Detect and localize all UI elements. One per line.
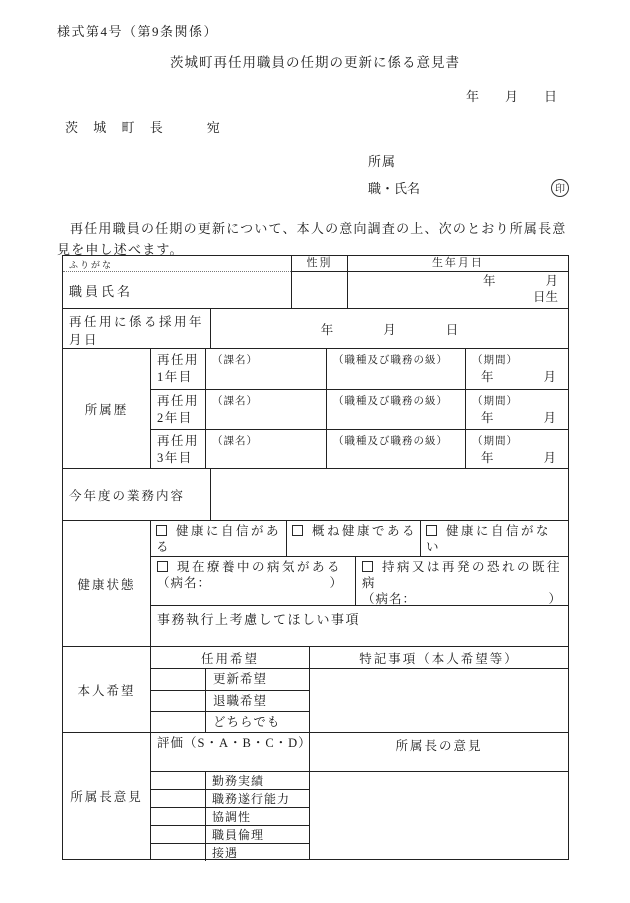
name-seal-row: 職・氏名 印: [368, 178, 569, 197]
wish-select-cell-retire[interactable]: [151, 691, 206, 711]
health-options-row1: 健康に自信がある 概ね健康である 健康に自信がない: [151, 521, 568, 556]
supervisor-section: 所属長意見 評価（S・A・B・C・D） 所属長の意見 勤務実績 職務遂行能力: [63, 732, 568, 859]
staff-name-cell[interactable]: ふりがな 職員氏名: [63, 256, 292, 308]
furigana-label: ふりがな: [63, 256, 291, 272]
rating-item-label: 接遇: [206, 844, 309, 861]
history-division-cell[interactable]: （課名）: [206, 430, 327, 469]
history-term-cell: 再任用 2年目: [151, 390, 206, 429]
addressee-line: 茨 城 町 長宛: [65, 117, 220, 136]
form-table: ふりがな 職員氏名 性別 生年月日 年 月 日生 再任用に係る採用年月日 年 月…: [62, 255, 569, 860]
rating-item-label: 勤務実績: [206, 772, 309, 789]
wish-select-cell-renew[interactable]: [151, 669, 206, 690]
history-period-cell[interactable]: （期間） 年 月: [466, 430, 568, 469]
disease-name-close: ）: [329, 575, 343, 591]
wish-option-label: 退職希望: [206, 691, 309, 711]
birthdate-line1: 年 月: [348, 273, 558, 289]
history-period-cell[interactable]: （期間） 年 月: [466, 349, 568, 389]
rating-row-reception: 接遇: [151, 843, 309, 861]
gender-input-cell[interactable]: [292, 272, 347, 308]
staff-info-row: ふりがな 職員氏名 性別 生年月日 年 月 日生: [63, 256, 568, 308]
hire-date-label: 再任用に係る採用年月日: [63, 309, 211, 348]
health-note-input-cell[interactable]: 事務執行上考慮してほしい事項: [151, 606, 568, 646]
health-note-row: 事務執行上考慮してほしい事項: [151, 605, 568, 646]
wish-row-renew: 更新希望: [151, 669, 309, 690]
affiliation-history-section: 所属歴 再任用 1年目 （課名） （職種及び職務の級） （期間） 年 月: [63, 348, 568, 468]
supervisor-opinion-input-cell[interactable]: [310, 772, 568, 859]
seal-icon: 印: [551, 179, 569, 197]
gender-cell: 性別: [292, 256, 348, 308]
affiliation-label[interactable]: 所属: [368, 151, 396, 170]
rating-item-label: 職務遂行能力: [206, 790, 309, 807]
birthdate-line2: 日生: [348, 289, 558, 305]
supervisor-opinion-header: 所属長の意見: [310, 733, 568, 771]
affiliation-history-label: 所属歴: [63, 349, 151, 468]
special-notes-input-cell[interactable]: [310, 669, 568, 732]
rating-input-cell-ability[interactable]: [151, 790, 206, 807]
addressee-name: 茨 城 町 長: [65, 120, 169, 135]
health-option-under-treatment: 現在療養中の病気がある （病名： ）: [151, 557, 356, 605]
health-section: 健康状態 健康に自信がある 概ね健康である 健康に自信がない 現在療養中の病気が…: [63, 520, 568, 646]
history-division-cell[interactable]: （課名）: [206, 390, 327, 429]
history-term-cell: 再任用 3年目: [151, 430, 206, 469]
wish-row-retire: 退職希望: [151, 690, 309, 711]
health-label: 健康状態: [63, 521, 151, 646]
hire-date-input-cell[interactable]: 年 月 日: [211, 309, 568, 348]
gender-header: 性別: [292, 256, 347, 272]
rating-input-cell-ethics[interactable]: [151, 826, 206, 843]
disease-name-close: ）: [548, 591, 562, 607]
health-option-confident: 健康に自信がある: [151, 521, 287, 556]
supervisor-header-row: 評価（S・A・B・C・D） 所属長の意見: [151, 733, 568, 771]
appointment-wish-header: 任用希望: [151, 647, 310, 668]
rating-row-cooperativeness: 協調性: [151, 807, 309, 825]
checkbox-icon[interactable]: [292, 525, 303, 536]
health-note-label: 事務執行上考慮してほしい事項: [157, 612, 360, 627]
history-term-cell: 再任用 1年目: [151, 349, 206, 389]
disease-name-open[interactable]: （病名：: [157, 575, 211, 591]
date-field[interactable]: 年 月 日: [466, 86, 557, 105]
wishes-section: 本人希望 任用希望 特記事項（本人希望等） 更新希望 退職希望: [63, 646, 568, 732]
rating-input-cell-cooperativeness[interactable]: [151, 808, 206, 825]
document-page: 様式第4号（第9条関係） 茨城町再任用職員の任期の更新に係る意見書 年 月 日 …: [0, 0, 630, 903]
rating-header: 評価（S・A・B・C・D）: [151, 733, 310, 771]
health-option-not-confident: 健康に自信がない: [421, 521, 568, 556]
history-division-cell[interactable]: （課名）: [206, 349, 327, 389]
form-number: 様式第4号（第9条関係）: [57, 21, 218, 40]
rating-item-label: 職員倫理: [206, 826, 309, 843]
birthdate-input-cell[interactable]: 年 月 日生: [348, 272, 568, 308]
checkbox-icon[interactable]: [362, 561, 373, 572]
history-row-year3: 再任用 3年目 （課名） （職種及び職務の級） （期間） 年 月: [151, 429, 568, 469]
staff-name-label: 職員氏名: [63, 272, 291, 308]
wishes-label: 本人希望: [63, 647, 151, 732]
checkbox-icon[interactable]: [156, 525, 167, 536]
wish-select-cell-either[interactable]: [151, 712, 206, 732]
health-option-chronic-disease: 持病又は再発の恐れの既往病 （病名： ）: [356, 557, 568, 605]
addressee-suffix: 宛: [207, 120, 220, 135]
history-row-year1: 再任用 1年目 （課名） （職種及び職務の級） （期間） 年 月: [151, 349, 568, 389]
rating-row-performance: 勤務実績: [151, 772, 309, 789]
rating-input-cell-reception[interactable]: [151, 844, 206, 861]
rating-row-ethics: 職員倫理: [151, 825, 309, 843]
wish-option-label: どちらでも: [206, 712, 309, 732]
history-jobtype-cell[interactable]: （職種及び職務の級）: [327, 430, 466, 469]
supervisor-label: 所属長意見: [63, 733, 151, 859]
wish-option-label: 更新希望: [206, 669, 309, 690]
position-name-label[interactable]: 職・氏名: [368, 178, 420, 197]
health-option-generally-healthy: 概ね健康である: [287, 521, 421, 556]
duties-input-cell[interactable]: [211, 469, 568, 520]
intro-paragraph: 再任用職員の任期の更新について、本人の意向調査の上、次のとおり所属長意見を申し述…: [57, 218, 579, 260]
rating-input-cell-performance[interactable]: [151, 772, 206, 789]
page-title: 茨城町再任用職員の任期の更新に係る意見書: [0, 51, 630, 71]
disease-name-open[interactable]: （病名：: [362, 591, 416, 607]
history-jobtype-cell[interactable]: （職種及び職務の級）: [327, 390, 466, 429]
history-period-cell[interactable]: （期間） 年 月: [466, 390, 568, 429]
wishes-header-row: 任用希望 特記事項（本人希望等）: [151, 647, 568, 668]
history-jobtype-cell[interactable]: （職種及び職務の級）: [327, 349, 466, 389]
health-options-row2: 現在療養中の病気がある （病名： ） 持病又は再発の恐れの既往病 （病名： ）: [151, 556, 568, 605]
checkbox-icon[interactable]: [157, 561, 168, 572]
birthdate-cell: 生年月日 年 月 日生: [348, 256, 568, 308]
history-row-year2: 再任用 2年目 （課名） （職種及び職務の級） （期間） 年 月: [151, 389, 568, 429]
birthdate-header: 生年月日: [348, 256, 568, 272]
rating-item-label: 協調性: [206, 808, 309, 825]
rating-row-ability: 職務遂行能力: [151, 789, 309, 807]
duties-row: 今年度の業務内容: [63, 468, 568, 520]
special-notes-header: 特記事項（本人希望等）: [310, 647, 568, 668]
duties-label: 今年度の業務内容: [63, 469, 211, 520]
wish-row-either: どちらでも: [151, 711, 309, 732]
checkbox-icon[interactable]: [426, 525, 437, 536]
hire-date-row: 再任用に係る採用年月日 年 月 日: [63, 308, 568, 348]
